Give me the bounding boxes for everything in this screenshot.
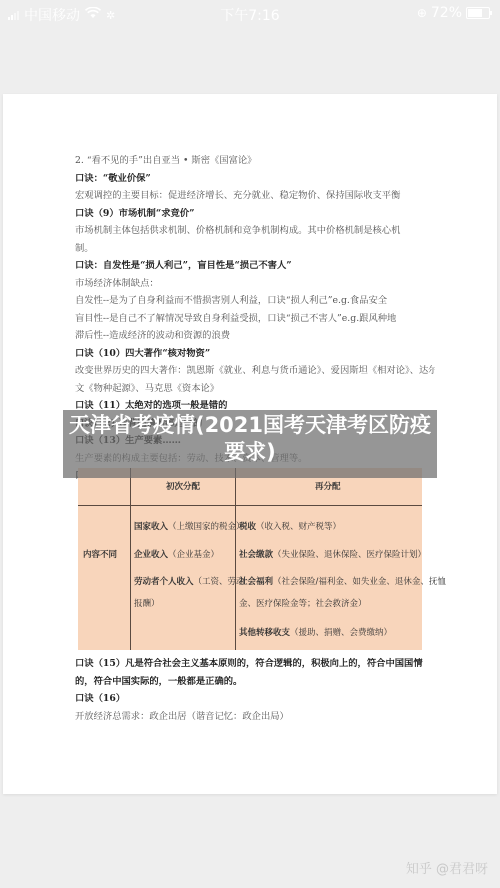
doc-line: 自发性--是为了自身利益而不惜损害别人利益，口诀“损人利己”e.g.食品安全 <box>75 292 435 310</box>
doc-line: 开放经济总需求：政企出居（谐音记忆：政企出局） <box>75 708 435 726</box>
document-text-after: 口诀（15）凡是符合社会主义基本原则的，符合逻辑的，积极向上的，符合中国国情 的… <box>75 655 435 725</box>
doc-line: 口诀（16） <box>75 690 435 708</box>
watermark: 知乎 @君君呀 <box>406 858 488 877</box>
table-divider <box>78 505 422 506</box>
doc-line: 口诀（9）市场机制“求竞价” <box>75 205 435 223</box>
status-bar: 中国移动 ✲ 下午7:16 ⊕ 72% <box>0 0 500 28</box>
table-cell: 劳动者个人收入（工资、劳动 <box>134 575 245 587</box>
doc-line: 盲目性--是自己不了解情况导致自身利益受损，口诀“损己不害人”e.g.跟风种地 <box>75 310 435 328</box>
status-right: ⊕ 72% <box>417 5 490 21</box>
table-cell: 金、医疗保险金等；社会救济金） <box>239 597 367 609</box>
doc-line: 文《物种起源》、马克思《资本论》 <box>75 380 435 398</box>
header-redistribution: 再分配 <box>315 480 341 492</box>
doc-line: 改变世界历史的四大著作：凯恩斯《就业、利息与货币通论》、爱因斯坦《相对论》、达尔 <box>75 362 435 380</box>
table-cell: 企业收入（企业基金） <box>134 548 219 560</box>
doc-line: 口诀（15）凡是符合社会主义基本原则的，符合逻辑的，积极向上的，符合中国国情 <box>75 655 435 673</box>
article-title: 天津省考疫情(2021国考天津考区防疫要求) <box>63 412 437 466</box>
doc-line: 的，符合中国实际的，一般都是正确的。 <box>75 673 435 691</box>
battery-icon <box>466 7 490 19</box>
table-cell: 社会福利（社会保险/福利金、如失业金、退休金、抚恤 <box>239 575 446 587</box>
distribution-table: 初次分配 再分配 内容不同 国家收入（上缴国家的税金） 企业收入（企业基金） 劳… <box>78 468 422 650</box>
doc-line: 制。 <box>75 240 435 258</box>
doc-line: 口诀：“敬业价保” <box>75 170 435 188</box>
doc-line: 2. “看不见的手”出自亚当 • 斯密《国富论》 <box>75 152 435 170</box>
table-cell: 税收（收入税、财产税等） <box>239 520 341 532</box>
table-cell: 报酬） <box>134 597 160 609</box>
row-label: 内容不同 <box>83 548 117 560</box>
table-divider <box>235 468 236 650</box>
doc-line: 市场机制主体包括供求机制、价格机制和竞争机制构成。其中价格机制是核心机 <box>75 222 435 240</box>
table-cell: 国家收入（上缴国家的税金） <box>134 520 245 532</box>
header-first-distribution: 初次分配 <box>166 480 200 492</box>
table-cell: 其他转移收支（援助、捐赠、会费缴纳） <box>239 626 392 638</box>
doc-line: 滞后性--造成经济的波动和资源的浪费 <box>75 327 435 345</box>
table-cell: 社会缴款（失业保险、退休保险、医疗保险计划） <box>239 548 426 560</box>
doc-line: 口诀（10）四大著作“核对物资” <box>75 345 435 363</box>
rotation-lock-icon: ⊕ <box>417 6 427 20</box>
doc-line: 宏观调控的主要目标：促进经济增长、充分就业、稳定物价、保持国际收支平衡 <box>75 187 435 205</box>
doc-line: 口诀：自发性是“损人利己”，盲目性是“损己不害人” <box>75 257 435 275</box>
battery-percent: 72% <box>431 5 462 21</box>
table-divider <box>130 468 131 650</box>
doc-line: 市场经济体制缺点： <box>75 275 435 293</box>
